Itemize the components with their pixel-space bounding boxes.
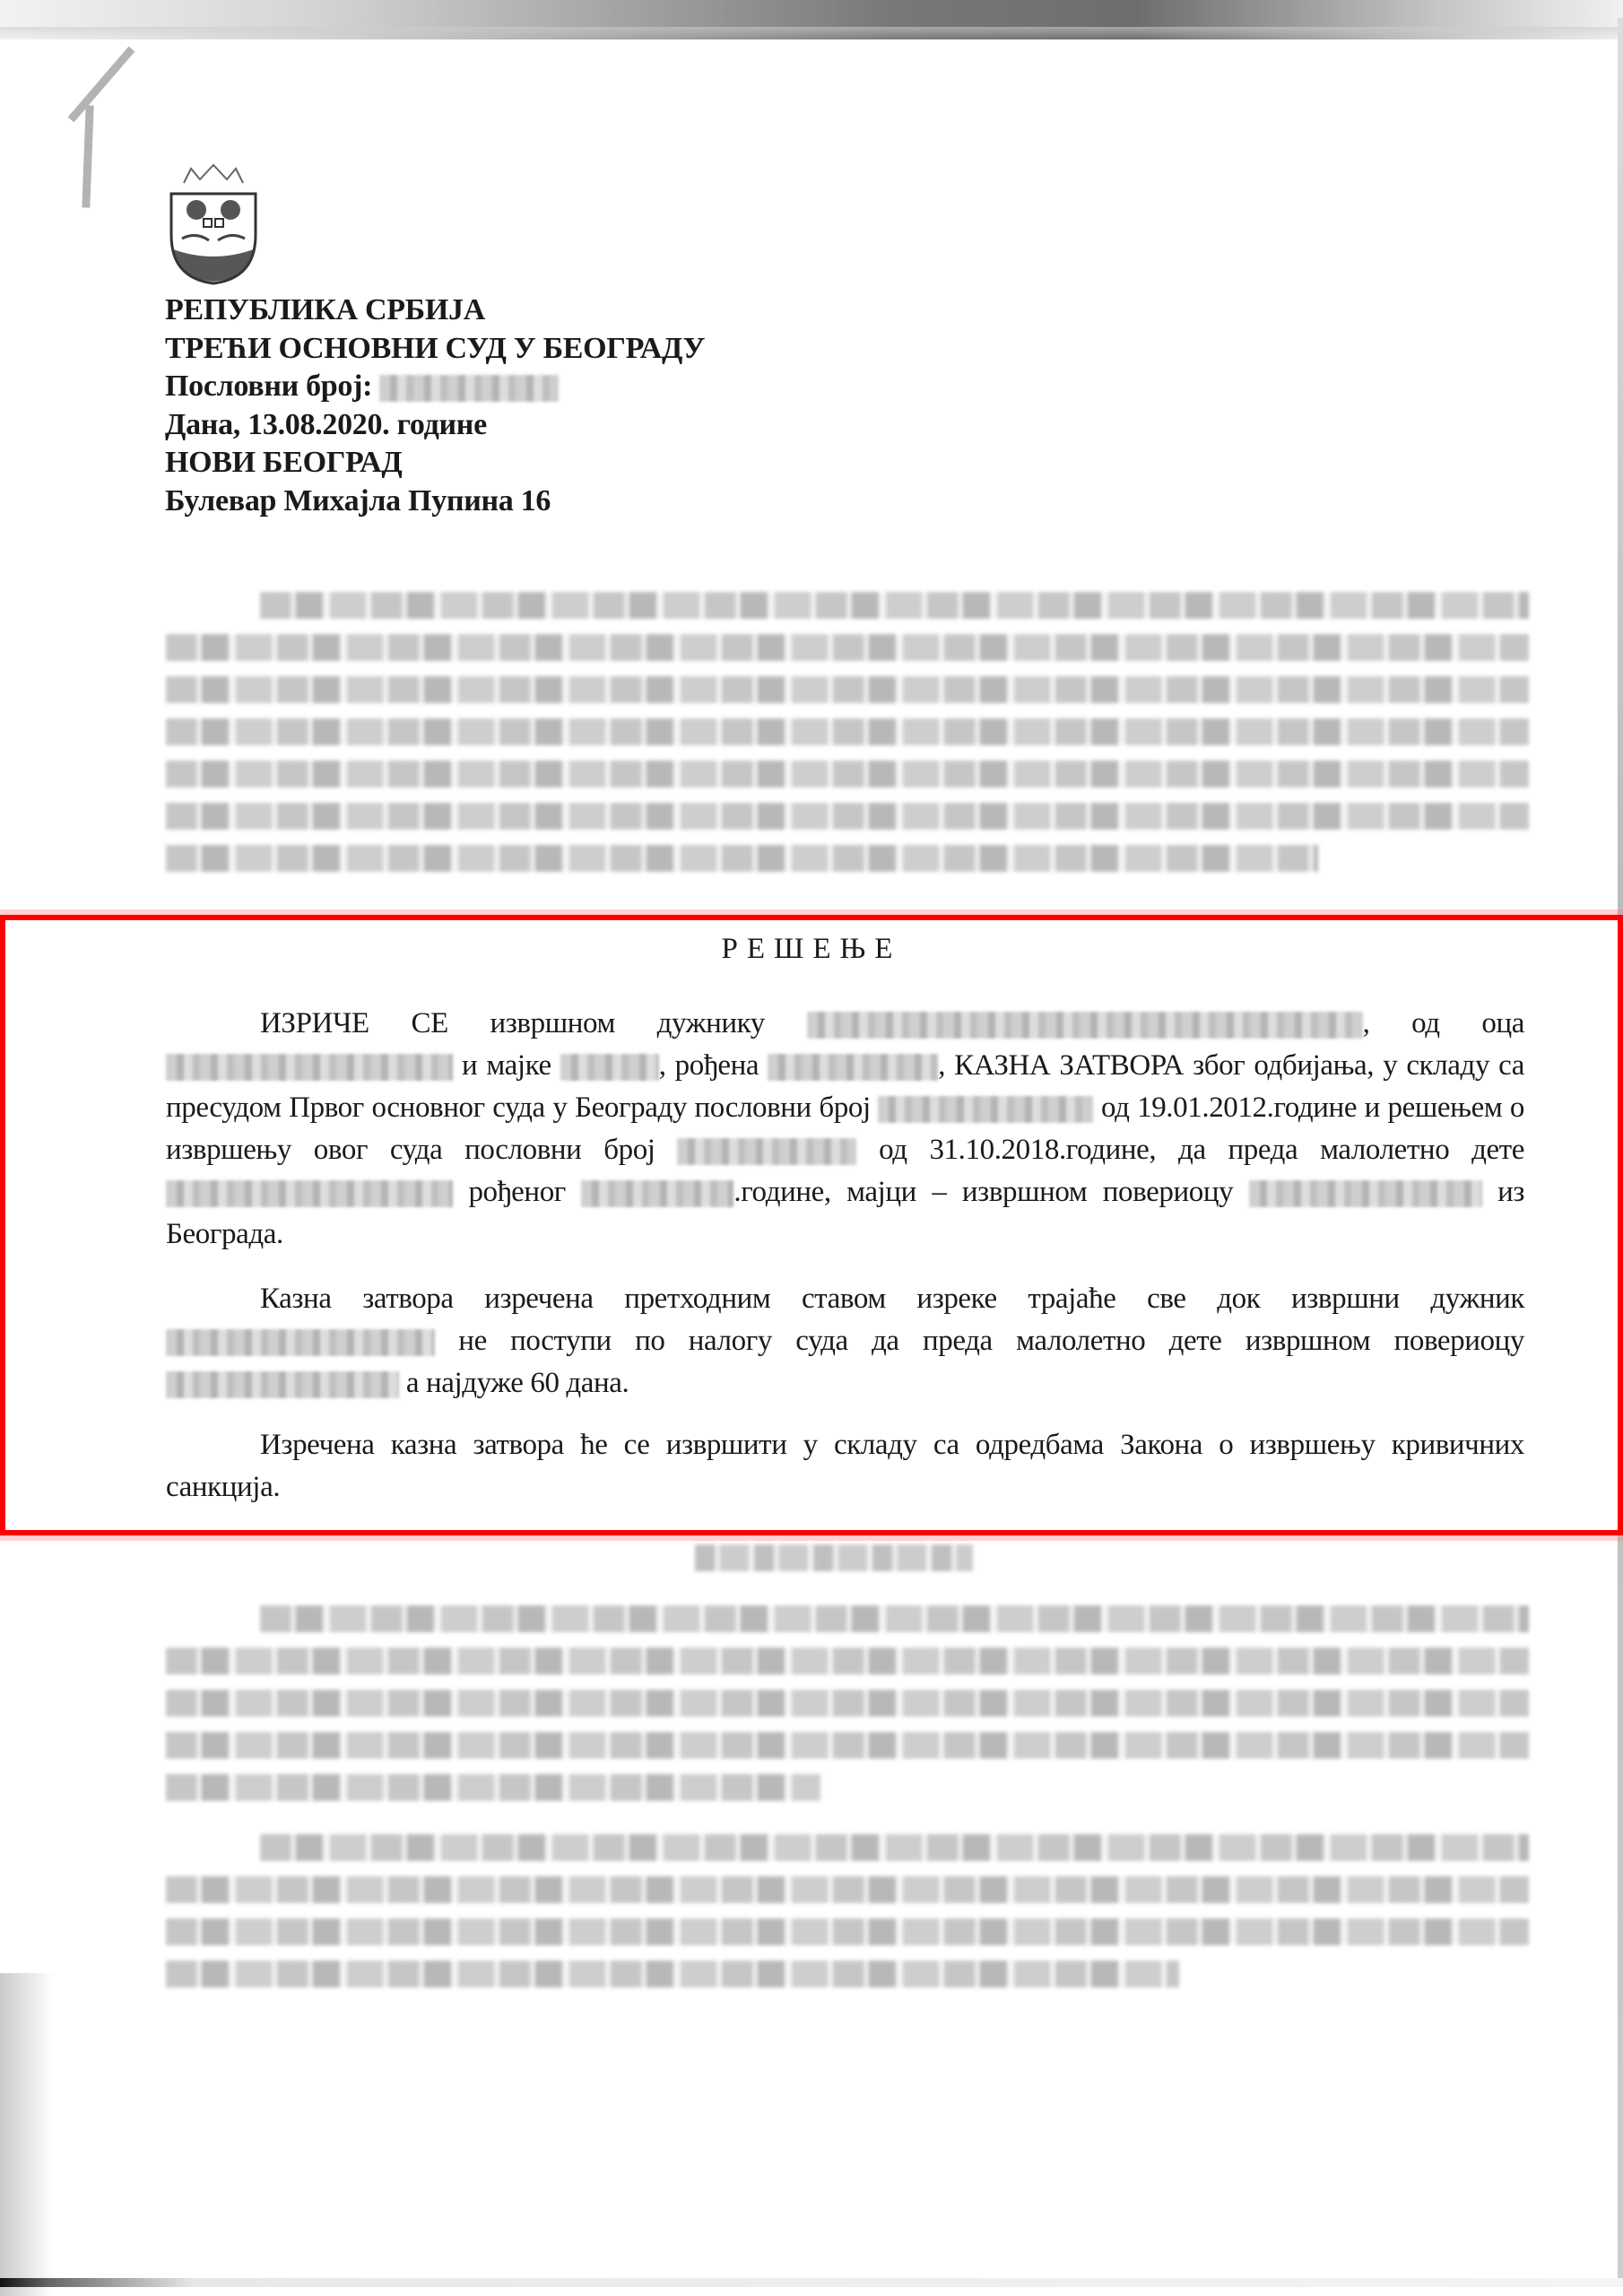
court-name: ТРЕЋИ ОСНОВНИ СУД У БЕОГРАДУ	[165, 330, 705, 369]
decision-title: РЕШЕЊЕ	[0, 933, 1623, 966]
redacted-reasoning-paragraph-1	[166, 1605, 1529, 1816]
scan-top-edge	[0, 0, 1623, 39]
scan-left-shadow	[0, 1973, 54, 2296]
decision-paragraph-1: ИЗРИЧЕ СЕ извршном дужнику , од оца и ма…	[166, 1003, 1524, 1256]
redacted-reasoning-heading	[695, 1544, 973, 1571]
handwritten-page-number-icon	[47, 47, 136, 208]
redacted-intro-paragraph	[166, 592, 1529, 887]
redacted-mother-name	[560, 1054, 659, 1081]
scan-bottom-edge	[0, 2278, 1623, 2287]
court-city: НОВИ БЕОГРАД	[165, 444, 705, 483]
court-address: Булевар Михајла Пупина 16	[165, 483, 705, 521]
letterhead: РЕПУБЛИКА СРБИЈА ТРЕЋИ ОСНОВНИ СУД У БЕО…	[165, 291, 705, 520]
country-name: РЕПУБЛИКА СРБИЈА	[165, 291, 705, 330]
redacted-case-number-1	[878, 1096, 1093, 1123]
redacted-debtor-name-2	[166, 1329, 435, 1356]
redacted-creditor-name	[1249, 1180, 1482, 1207]
decision-paragraph-3: Изречена казна затвора ће се извршити у …	[166, 1424, 1524, 1509]
redacted-child-name	[166, 1180, 453, 1207]
redacted-maiden-name	[768, 1054, 938, 1081]
redacted-debtor-name	[807, 1012, 1363, 1039]
redacted-birth-date	[581, 1180, 733, 1207]
decision-paragraph-2: Казна затвора изречена претходним ставом…	[166, 1278, 1524, 1405]
coat-of-arms-icon	[164, 163, 263, 285]
document-date: Дана, 13.08.2020. године	[165, 406, 705, 445]
redacted-father-name	[166, 1054, 453, 1081]
case-number-label: Пословни број:	[165, 370, 372, 403]
case-number: Пословни број:	[165, 368, 705, 406]
redacted-case-number-2	[677, 1138, 856, 1165]
redacted-case-number	[379, 375, 559, 402]
redacted-reasoning-paragraph-2	[166, 1834, 1529, 2003]
redacted-creditor-name-2	[166, 1371, 399, 1398]
